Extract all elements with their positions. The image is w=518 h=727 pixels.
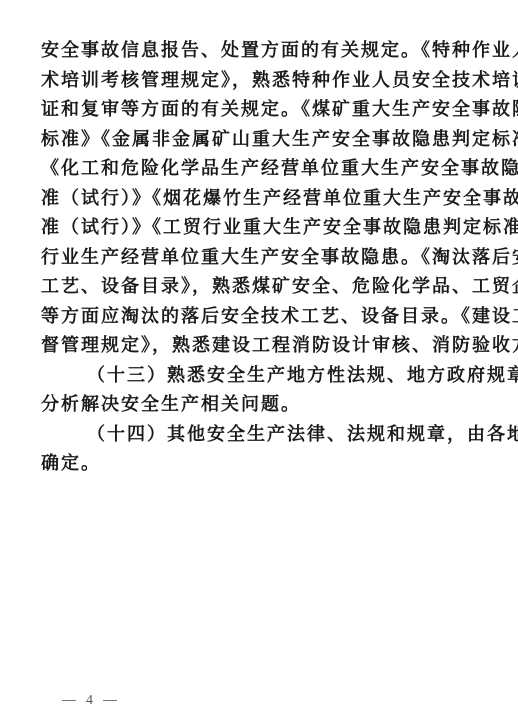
text-line: 标准》《金属非金属矿山重大生产安全事故隐患判定标准（试行）》 [41, 125, 481, 155]
text-line: 术培训考核管理规定》，熟悉特种作业人员安全技术培训、考核、发 [41, 66, 481, 96]
footer-dash-right [103, 700, 117, 701]
text-line: 准（试行）》《烟花爆竹生产经营单位重大生产安全事故隐患判定标 [41, 184, 481, 214]
text-line: 准（试行）》《工贸行业重大生产安全事故隐患判定标准》，判定相应 [41, 213, 481, 243]
text-line: 《化工和危险化学品生产经营单位重大生产安全事故隐患判定标 [41, 154, 481, 184]
page-number: 4 [86, 693, 93, 708]
text-line: 分析解决安全生产相关问题。 [41, 390, 481, 420]
page-footer: 4 [52, 693, 127, 709]
text-line: 等方面应淘汰的落后安全技术工艺、设备目录。《建设工程消防监 [41, 302, 481, 332]
text-line: 证和复审等方面的有关规定。《煤矿重大生产安全事故隐患判定 [41, 95, 481, 125]
text-line: 行业生产经营单位重大生产安全事故隐患。《淘汰落后安全技术 [41, 243, 481, 273]
text-line: （十三）熟悉安全生产地方性法规、地方政府规章的相关规定， [41, 361, 481, 391]
text-line: 安全事故信息报告、处置方面的有关规定。《特种作业人员安全技 [41, 36, 481, 66]
document-body: 安全事故信息报告、处置方面的有关规定。《特种作业人员安全技术培训考核管理规定》，… [41, 36, 481, 479]
text-line: 确定。 [41, 449, 481, 479]
text-line: 督管理规定》，熟悉建设工程消防设计审核、消防验收方面的规定。 [41, 331, 481, 361]
text-line: （十四）其他安全生产法律、法规和规章，由各地结合实际 [41, 420, 481, 450]
footer-dash-left [62, 700, 76, 701]
text-line: 工艺、设备目录》，熟悉煤矿安全、危险化学品、工贸企业、职业健康 [41, 272, 481, 302]
